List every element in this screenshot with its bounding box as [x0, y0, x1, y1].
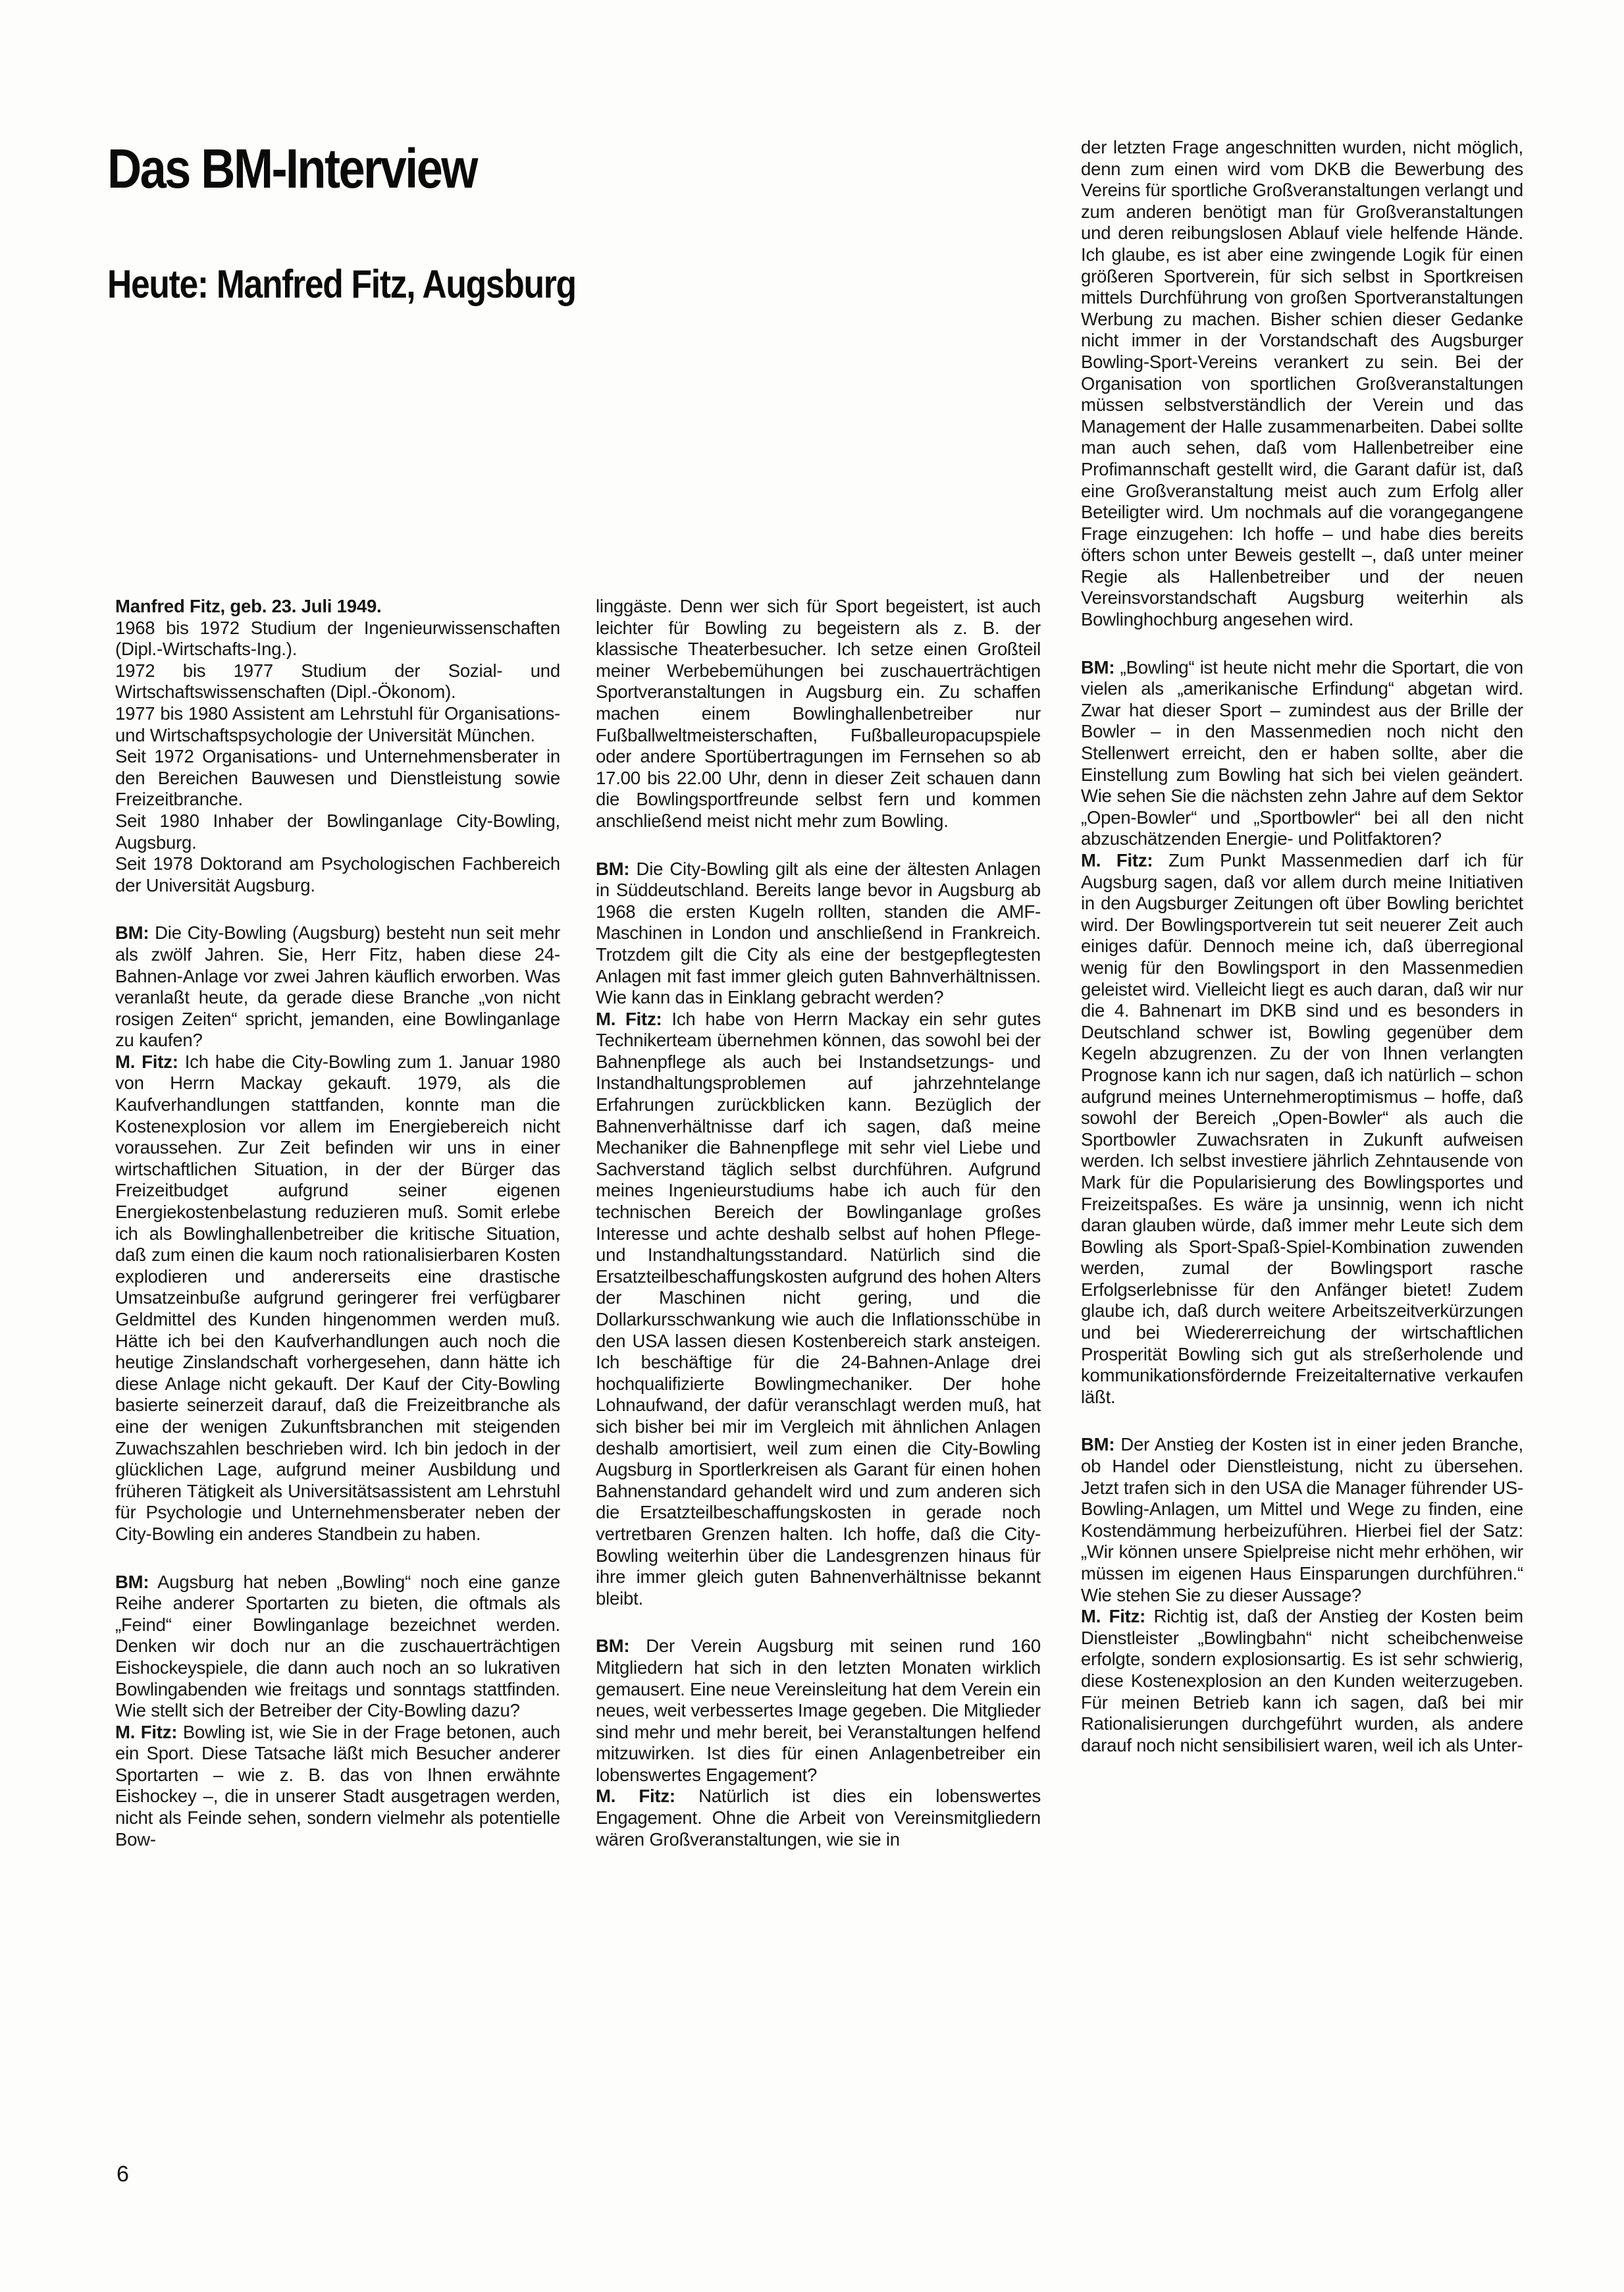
page-subtitle: Heute: Manfred Fitz, Augsburg [107, 261, 576, 308]
answer-text: Richtig ist, daß der Anstieg der Kosten … [1081, 1606, 1523, 1755]
interview-question: BM: Der Anstieg der Kosten ist in einer … [1081, 1434, 1523, 1606]
speaker-label: BM: [115, 922, 149, 943]
interview-answer: M. Fitz: Ich habe von Herrn Mackay ein s… [596, 1009, 1041, 1610]
column-3: der letzten Frage angeschnitten wurden, … [1081, 137, 1523, 1756]
speaker-label: M. Fitz: [115, 1722, 177, 1742]
answer-text: Ich habe von Herrn Mackay ein sehr gutes… [596, 1009, 1041, 1609]
paragraph-gap [115, 896, 560, 922]
answer-text: Bowling ist, wie Sie in der Frage betone… [115, 1722, 560, 1850]
interview-question: BM: Augsburg hat neben „Bowling“ noch ei… [115, 1572, 560, 1722]
interview-answer: M. Fitz: Bowling ist, wie Sie in der Fra… [115, 1722, 560, 1851]
speaker-label: M. Fitz: [115, 1052, 178, 1072]
question-text: „Bowling“ ist heute nicht mehr die Sport… [1081, 657, 1523, 849]
column-1: Manfred Fitz, geb. 23. Juli 1949. 1968 b… [115, 596, 560, 1850]
speaker-label: BM: [596, 1636, 629, 1656]
column-2: linggäste. Denn wer sich für Sport begei… [596, 596, 1041, 1850]
speaker-label: BM: [1081, 1434, 1114, 1454]
speaker-label: M. Fitz: [1081, 850, 1153, 870]
bio-line: Seit 1978 Doktorand am Psychologischen F… [115, 853, 560, 896]
bio-line: 1968 bis 1972 Studium der Ingenieurwisse… [115, 618, 560, 660]
speaker-label: M. Fitz: [596, 1786, 675, 1806]
bio-line: Seit 1980 Inhaber der Bowlinganlage City… [115, 811, 560, 853]
interview-answer: M. Fitz: Natürlich ist dies ein lobenswe… [596, 1786, 1041, 1850]
answer-continuation: linggäste. Denn wer sich für Sport begei… [596, 596, 1041, 832]
interview-answer: M. Fitz: Ich habe die City-Bowling zum 1… [115, 1052, 560, 1545]
speaker-label: BM: [596, 859, 629, 879]
bio-heading: Manfred Fitz, geb. 23. Juli 1949. [115, 596, 560, 618]
paragraph-gap [1081, 1408, 1523, 1434]
answer-text: Zum Punkt Massenmedien darf ich für Augs… [1081, 850, 1523, 1407]
paragraph-gap [596, 832, 1041, 859]
interview-question: BM: „Bowling“ ist heute nicht mehr die S… [1081, 657, 1523, 850]
speaker-label: M. Fitz: [1081, 1606, 1145, 1626]
answer-continuation: der letzten Frage angeschnitten wurden, … [1081, 137, 1523, 631]
answer-text: Ich habe die City-Bowling zum 1. Januar … [115, 1052, 560, 1544]
bio-line: 1977 bis 1980 Assistent am Lehrstuhl für… [115, 703, 560, 746]
speaker-label: M. Fitz: [596, 1009, 662, 1029]
interview-answer: M. Fitz: Zum Punkt Massenmedien darf ich… [1081, 850, 1523, 1408]
question-text: Augsburg hat neben „Bowling“ noch eine g… [115, 1572, 560, 1721]
question-text: Die City-Bowling (Augsburg) besteht nun … [115, 922, 560, 1050]
speaker-label: BM: [1081, 657, 1114, 678]
interview-answer: M. Fitz: Richtig ist, daß der Anstieg de… [1081, 1606, 1523, 1756]
question-text: Die City-Bowling gilt als eine der ältes… [596, 859, 1041, 1008]
page-title: Das BM-Interview [107, 136, 477, 201]
interview-question: BM: Die City-Bowling gilt als eine der ä… [596, 859, 1041, 1009]
interview-question: BM: Die City-Bowling (Augsburg) besteht … [115, 922, 560, 1052]
paragraph-gap [596, 1609, 1041, 1636]
bio-line: 1972 bis 1977 Studium der Sozial- und Wi… [115, 660, 560, 703]
paragraph-gap [115, 1545, 560, 1572]
paragraph-gap [1081, 631, 1523, 657]
speaker-label: BM: [115, 1572, 149, 1592]
bio-line: Seit 1972 Organisations- und Unternehmen… [115, 746, 560, 811]
page-number: 6 [117, 2161, 129, 2187]
question-text: Der Verein Augsburg mit seinen rund 160 … [596, 1636, 1041, 1785]
interview-question: BM: Der Verein Augsburg mit seinen rund … [596, 1636, 1041, 1786]
question-text: Der Anstieg der Kosten ist in einer jede… [1081, 1434, 1523, 1605]
